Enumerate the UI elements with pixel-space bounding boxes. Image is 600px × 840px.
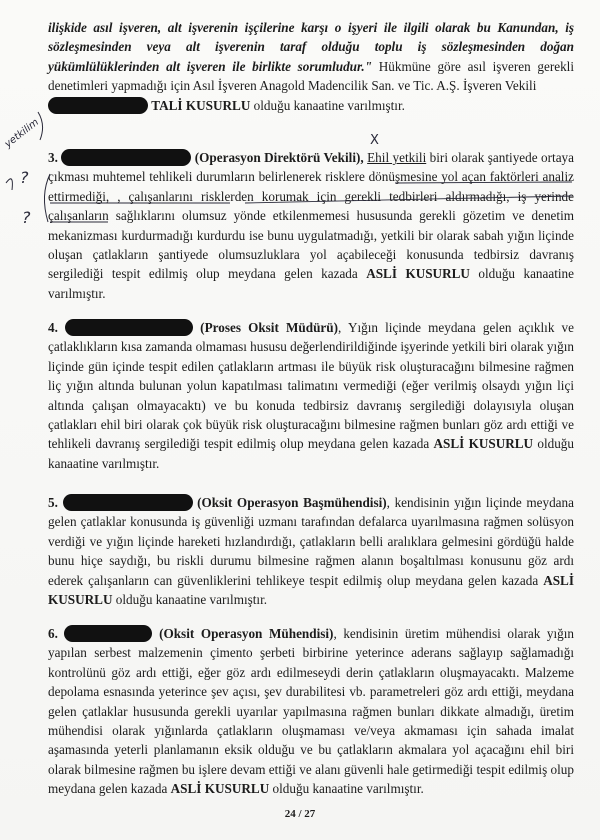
- verdict-asli: ASLİ KUSURLU: [434, 436, 534, 451]
- item-role: (Operasyon Direktörü Vekili),: [195, 150, 364, 165]
- item-6: 6. (Oksit Operasyon Mühendisi), kendisin…: [48, 624, 574, 799]
- item-number: 5.: [48, 495, 58, 510]
- item-5: 5. (Oksit Operasyon Başmühendisi), kendi…: [48, 493, 574, 609]
- underlined-phrase: Ehil yetkili: [367, 150, 426, 165]
- verdict-asli: ASLİ KUSURLU: [366, 266, 470, 281]
- page-number: 24 / 27: [0, 808, 600, 820]
- redacted-name: [61, 149, 191, 166]
- item-closing: olduğu kanaatine varılmıştır.: [112, 592, 267, 607]
- item-number: 3.: [48, 150, 58, 165]
- item-4: 4. (Proses Oksit Müdürü), Yığın liçinde …: [48, 318, 574, 473]
- handwritten-question-mark: ?: [20, 168, 29, 187]
- item-role: (Proses Oksit Müdürü): [200, 320, 338, 335]
- intro-closing: olduğu kanaatine varılmıştır.: [250, 98, 405, 113]
- intro-paragraph: ilişkide asıl işveren, alt işverenin işç…: [48, 18, 574, 115]
- item-role: (Oksit Operasyon Başmühendisi): [197, 495, 387, 510]
- redacted-name: [65, 319, 193, 336]
- item-closing: olduğu kanaatine varılmıştır.: [269, 781, 424, 796]
- redacted-name: [63, 494, 193, 511]
- item-body: biri olarak şantiyede ortaya çıkması muh…: [48, 150, 574, 281]
- item-number: 4.: [48, 320, 58, 335]
- item-body: , kendisinin üretim mühendisi olarak yığ…: [48, 626, 574, 796]
- item-number: 6.: [48, 626, 58, 641]
- redacted-name: [48, 97, 148, 114]
- item-body: , Yığın liçinde meydana gelen açıklık ve…: [48, 320, 574, 451]
- verdict-tali: TALİ KUSURLU: [151, 98, 250, 113]
- document-page: ilişkide asıl işveren, alt işverenin işç…: [0, 0, 600, 840]
- handwritten-question-mark: ?: [22, 208, 31, 227]
- handwritten-x-mark: X: [370, 133, 379, 148]
- handwritten-margin-note: yetkilim: [3, 117, 41, 150]
- redacted-name: [64, 625, 152, 642]
- item-3: 3. (Operasyon Direktörü Vekili), Ehil ye…: [48, 148, 574, 303]
- verdict-asli: ASLİ KUSURLU: [171, 781, 270, 796]
- item-role: (Oksit Operasyon Mühendisi): [159, 626, 333, 641]
